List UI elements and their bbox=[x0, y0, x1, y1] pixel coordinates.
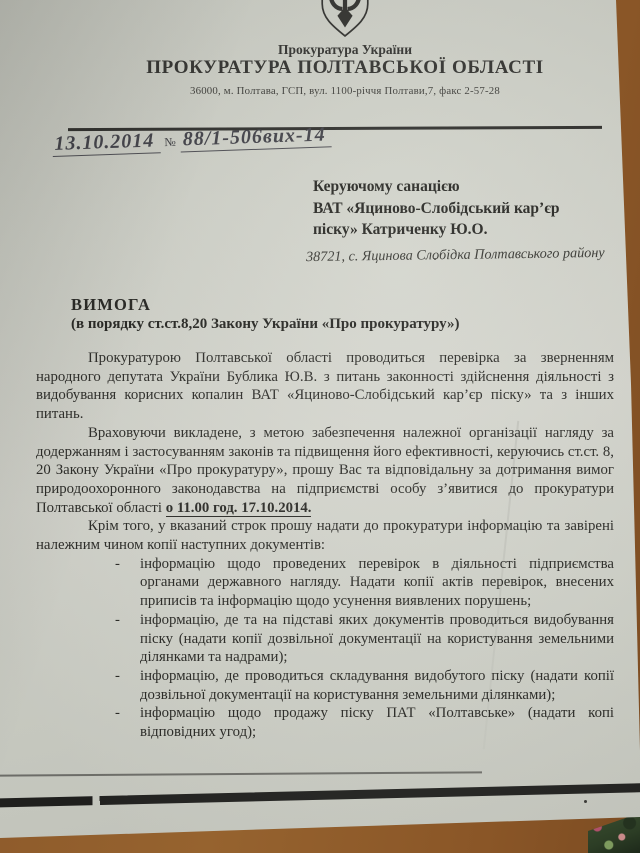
paragraph-2-text: Враховуючи викладене, з метою забезпечен… bbox=[36, 425, 614, 516]
floral-fabric-corner bbox=[588, 813, 640, 853]
list-item-text: інформацію щодо проведених перевірок в д… bbox=[140, 555, 614, 611]
addressee-line-3: піску» Катриченку Ю.О. bbox=[313, 219, 560, 241]
thick-marker-line bbox=[0, 783, 640, 808]
thin-pen-line bbox=[0, 771, 482, 776]
dash-marker: - bbox=[115, 704, 140, 741]
org-parent-name: Прокуратура України bbox=[55, 42, 635, 58]
document-subtitle: (в порядку ст.ст.8,20 Закону України «Пр… bbox=[71, 316, 460, 333]
list-item: - інформацію, де та на підставі яких док… bbox=[36, 611, 614, 667]
dash-marker: - bbox=[115, 667, 140, 704]
ink-speck bbox=[434, 258, 436, 260]
addressee-line-1: Керуючому санацією bbox=[313, 176, 560, 198]
addressee-block: Керуючому санацією ВАТ «Яциново-Слобідсь… bbox=[313, 176, 560, 241]
document-title: ВИМОГА bbox=[71, 295, 151, 315]
ukraine-tryzub-shield-icon bbox=[318, 0, 372, 46]
photo-of-document: Прокуратура України ПРОКУРАТУРА ПОЛТАВСЬ… bbox=[0, 0, 640, 853]
list-item: - інформацію щодо продажу піску ПАТ «Пол… bbox=[36, 704, 614, 741]
list-item: - інформацію, де проводиться складування… bbox=[36, 667, 614, 704]
addressee-postal-address: 38721, с. Яцинова Слобідка Полтавського … bbox=[306, 245, 605, 266]
number-sign: № bbox=[164, 135, 177, 149]
list-item-text: інформацію, де та на підставі яких докум… bbox=[140, 611, 614, 667]
appearance-deadline: о 11.00 год. 17.10.2014. bbox=[166, 500, 312, 517]
paragraph-3: Крім того, у вказаний строк прошу надати… bbox=[36, 517, 614, 554]
list-item: - інформацію щодо проведених перевірок в… bbox=[36, 555, 614, 611]
handwritten-date: 13.10.2014 bbox=[52, 129, 161, 157]
document-body: Прокуратурою Полтавської області проводи… bbox=[36, 349, 614, 742]
ink-speck bbox=[584, 800, 587, 803]
dash-marker: - bbox=[115, 611, 140, 667]
paragraph-2: Враховуючи викладене, з метою забезпечен… bbox=[36, 424, 614, 518]
document-sheet: Прокуратура України ПРОКУРАТУРА ПОЛТАВСЬ… bbox=[0, 0, 640, 853]
handwritten-number: 88/1-506вих-14 bbox=[180, 123, 332, 152]
dash-marker: - bbox=[115, 555, 140, 611]
org-address: 36000, м. Полтава, ГСП, вул. 1100-річчя … bbox=[55, 85, 635, 97]
addressee-line-2: ВАТ «Яциново-Слобідський кар’єр bbox=[313, 198, 560, 220]
paragraph-1: Прокуратурою Полтавської області проводи… bbox=[36, 349, 614, 424]
list-item-text: інформацію щодо продажу піску ПАТ «Полта… bbox=[140, 704, 614, 741]
list-item-text: інформацію, де проводиться складування в… bbox=[140, 667, 614, 704]
org-name: ПРОКУРАТУРА ПОЛТАВСЬКОЇ ОБЛАСТІ bbox=[55, 57, 635, 79]
